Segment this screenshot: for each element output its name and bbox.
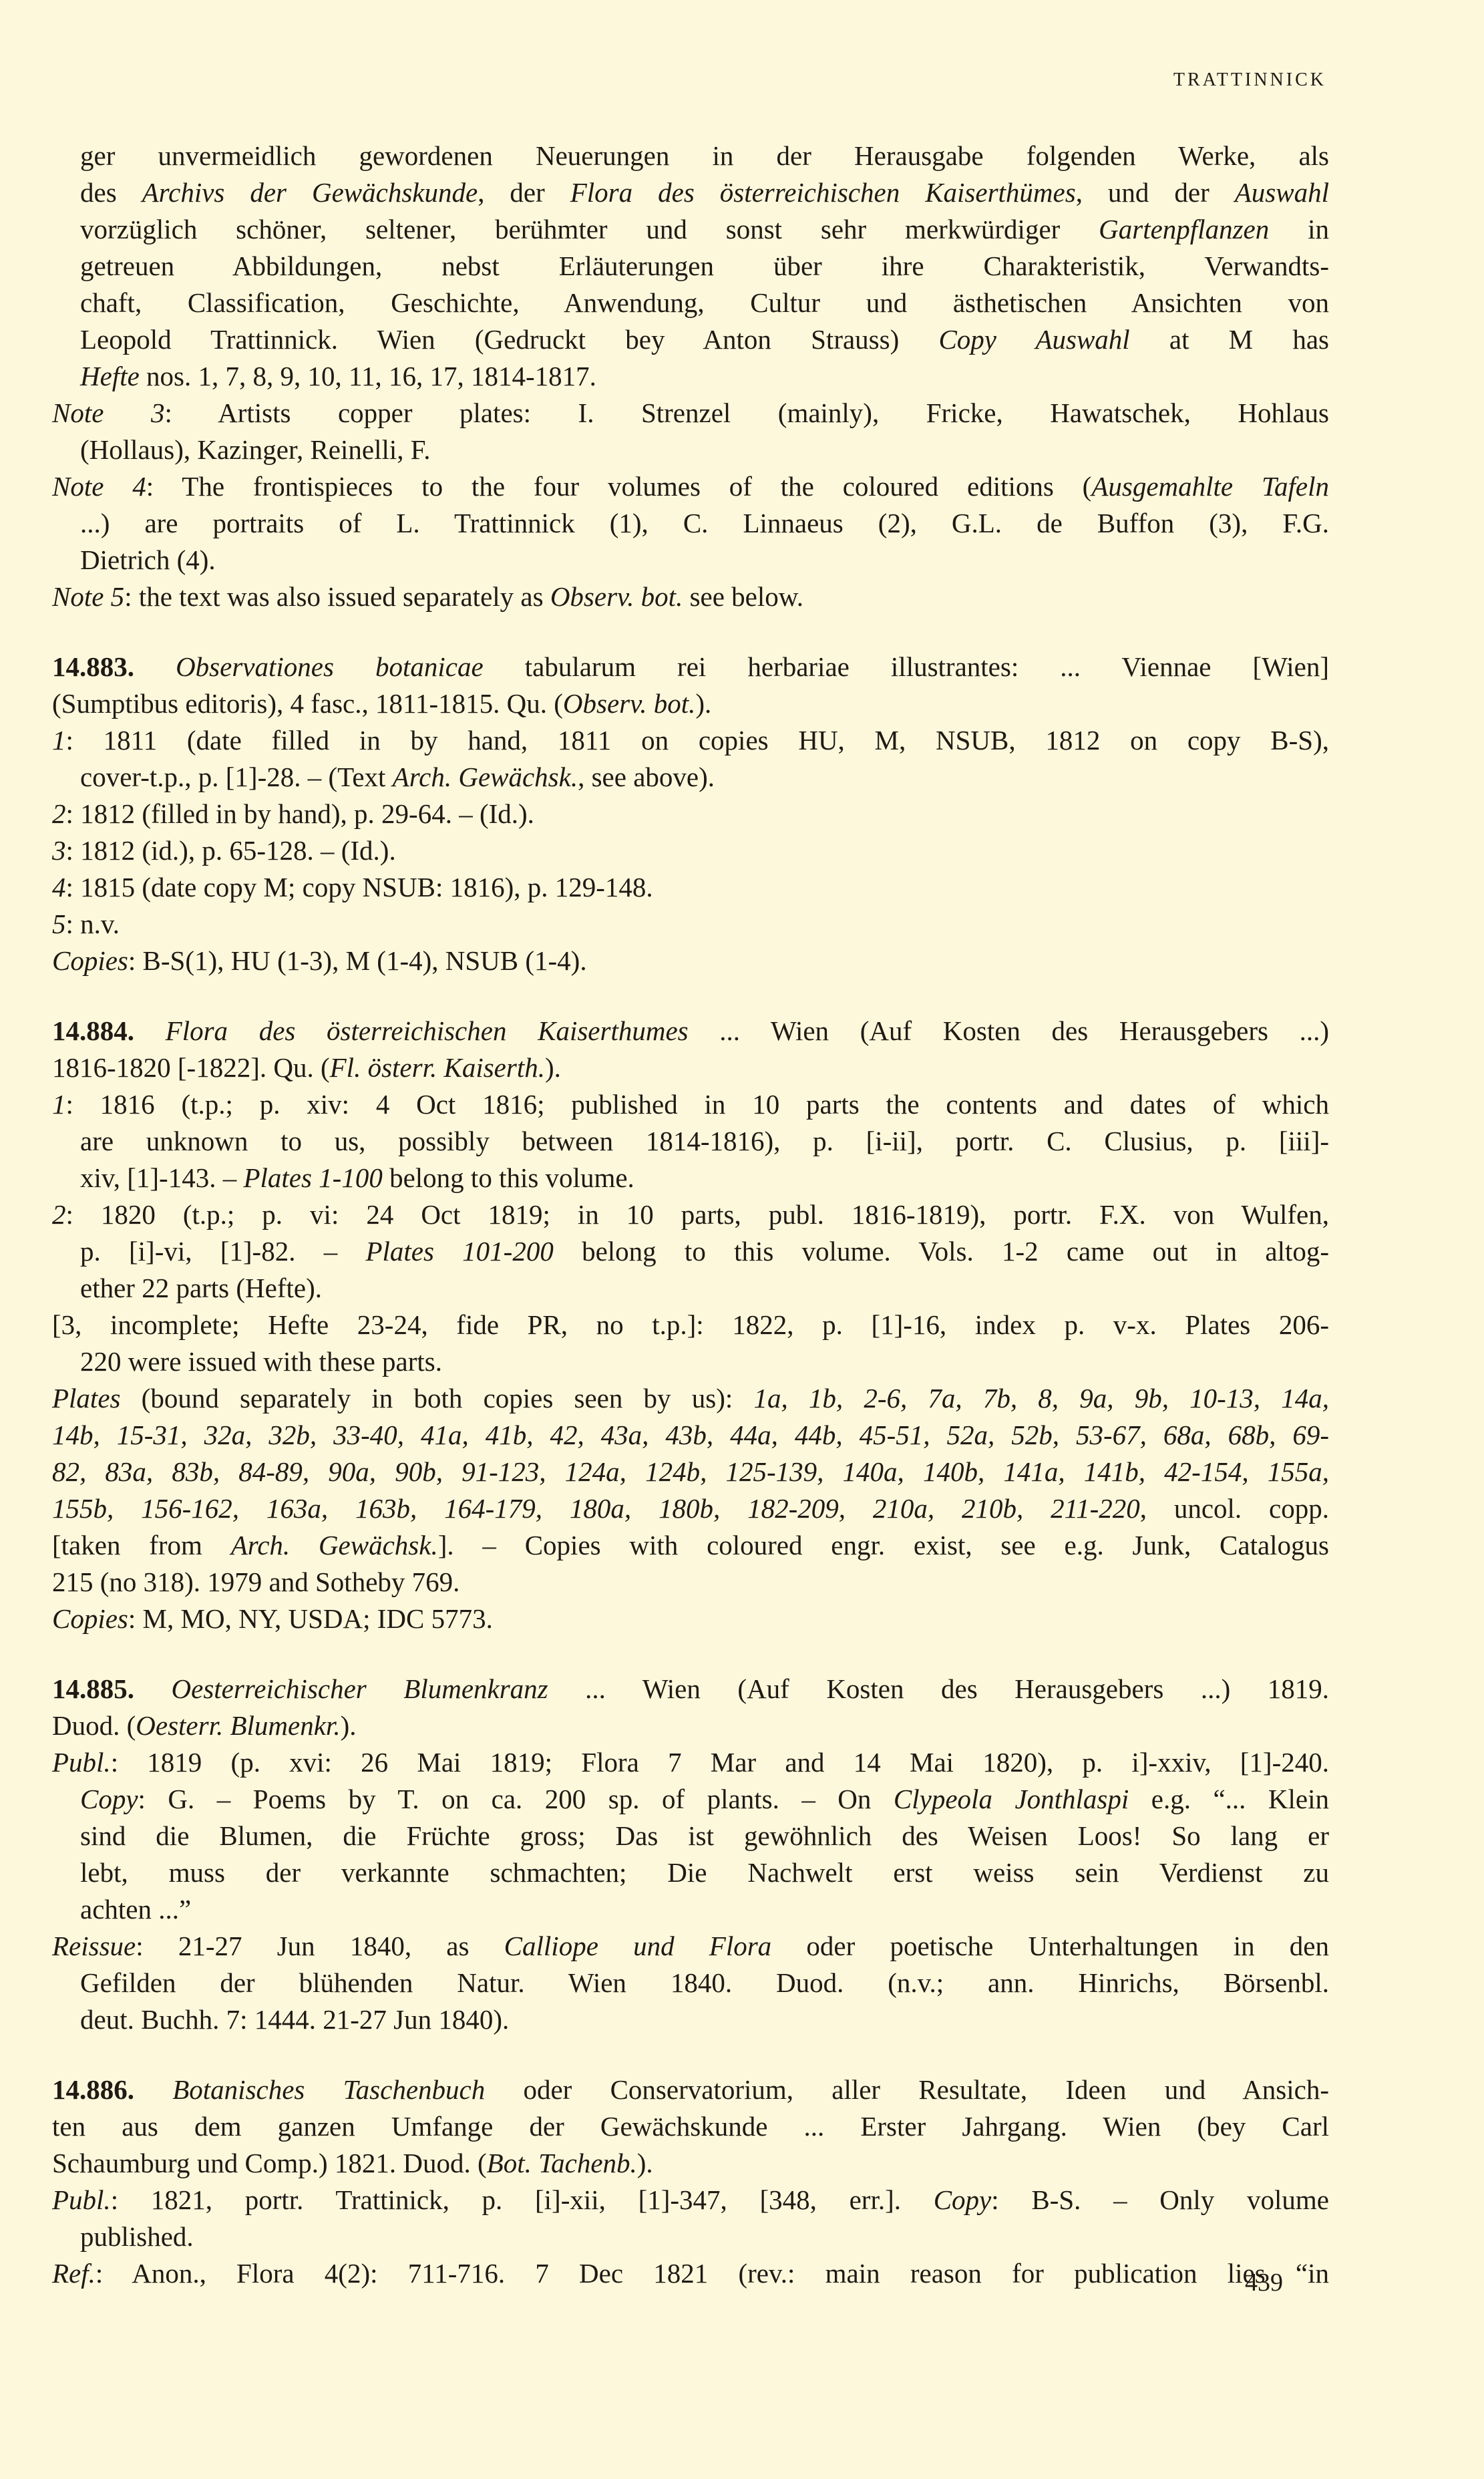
text-line: p. [i]-vi, [1]-82. – Plates 101-200 belo… (80, 1233, 1329, 1270)
text-line: published. (80, 2218, 1329, 2255)
italic-term: Calliope und Flora (504, 1931, 772, 1961)
line-text: [3, incomplete; Hefte 23-24, fide PR, no… (52, 1309, 1329, 1340)
line-text: 4: 1815 (date copy M; copy NSUB: 1816), … (52, 872, 653, 902)
italic-term: Copies (52, 1603, 128, 1634)
text-line: vorzüglich schöner, seltener, berühmter … (80, 211, 1329, 248)
italic-term: Copy Auswahl (938, 324, 1129, 355)
italic-term: Publ. (52, 2184, 111, 2215)
line-text: ger unvermeidlich gewordenen Neuerungen … (80, 140, 1329, 171)
entry-heading-line: 14.884. Flora des österreichischen Kaise… (52, 1013, 1329, 1049)
text-line: Hefte nos. 1, 7, 8, 9, 10, 11, 16, 17, 1… (80, 358, 1329, 395)
line-text: 14b, 15-31, 32a, 32b, 33-40, 41a, 41b, 4… (52, 1420, 1329, 1450)
line-text: Publ.: 1819 (p. xvi: 26 Mai 1819; Flora … (52, 1747, 1329, 1778)
text-line: ger unvermeidlich gewordenen Neuerungen … (80, 138, 1329, 174)
text-line: 1: 1816 (t.p.; p. xiv: 4 Oct 1816; publi… (52, 1086, 1329, 1123)
line-text: getreuen Abbildungen, nebst Erläuterunge… (80, 251, 1329, 281)
entry-heading-line: 14.885. Oesterreichischer Blumenkranz ..… (52, 1671, 1329, 1707)
page-number: 439 (1245, 2268, 1283, 2297)
line-text: Duod. (Oesterr. Blumenkr.). (52, 1710, 357, 1741)
text-line: ten aus dem ganzen Umfange der Gewächsku… (52, 2108, 1329, 2145)
italic-term: Flora des österreichischen Kaiserthümes (570, 177, 1076, 208)
italic-term: 14b, 15-31, 32a, 32b, 33-40, 41a, 41b, 4… (52, 1420, 1329, 1450)
line-text: achten ...” (80, 1894, 191, 1925)
text-line: 2: 1820 (t.p.; p. vi: 24 Oct 1819; in 10… (52, 1196, 1329, 1233)
line-text: p. [i]-vi, [1]-82. – Plates 101-200 belo… (80, 1236, 1329, 1267)
note-label: Note 3 (52, 397, 164, 428)
italic-term: Botanisches Taschenbuch (172, 2074, 485, 2105)
note-line: Note 5: the text was also issued separat… (52, 579, 1329, 615)
italic-term: Copy (80, 1784, 138, 1814)
text-line: achten ...” (80, 1891, 1329, 1928)
entry-number: 14.884. (52, 1015, 166, 1046)
line-text: Dietrich (4). (80, 544, 216, 575)
line-text: chaft, Classification, Geschichte, Anwen… (80, 287, 1329, 318)
text-line: 2: 1812 (filled in by hand), p. 29-64. –… (52, 796, 1329, 832)
italic-term: 1 (52, 1089, 66, 1120)
text-line: 14b, 15-31, 32a, 32b, 33-40, 41a, 41b, 4… (52, 1417, 1329, 1454)
line-text: are unknown to us, possibly between 1814… (80, 1126, 1329, 1156)
italic-term: 3 (52, 835, 66, 866)
line-text: 220 were issued with these parts. (80, 1346, 442, 1377)
line-text: The frontispieces to the four volumes of… (182, 471, 1329, 502)
line-text: 82, 83a, 83b, 84-89, 90a, 90b, 91-123, 1… (52, 1456, 1329, 1487)
text-line: Ref.: Anon., Flora 4(2): 711-716. 7 Dec … (52, 2255, 1329, 2292)
italic-term: Observ. bot. (550, 581, 683, 612)
line-text: Copy: G. – Poems by T. on ca. 200 sp. of… (80, 1784, 1329, 1814)
text-line: [3, incomplete; Hefte 23-24, fide PR, no… (52, 1307, 1329, 1343)
italic-term: Plates 101-200 (365, 1236, 553, 1267)
text-line: 1816-1820 [-1822]. Qu. (Fl. österr. Kais… (52, 1049, 1329, 1086)
line-text: 2: 1820 (t.p.; p. vi: 24 Oct 1819; in 10… (52, 1199, 1329, 1230)
text-line: Dietrich (4). (80, 542, 1329, 579)
line-text: 215 (no 318). 1979 and Sotheby 769. (52, 1566, 459, 1597)
text-line: Duod. (Oesterr. Blumenkr.). (52, 1707, 1329, 1744)
text-line: lebt, muss der verkannte schmachten; Die… (80, 1854, 1329, 1891)
italic-term: Oesterreichischer Blumenkranz (172, 1673, 548, 1704)
text-line: (Hollaus), Kazinger, Reinelli, F. (80, 432, 1329, 468)
italic-term: Auswahl (1235, 177, 1329, 208)
line-text: Hefte nos. 1, 7, 8, 9, 10, 11, 16, 17, 1… (80, 361, 596, 391)
italic-term: Publ. (52, 1747, 111, 1778)
italic-term: Copies (52, 945, 128, 976)
italic-term: Arch. Gewächsk. (393, 762, 578, 792)
italic-term: Fl. österr. Kaiserth. (330, 1052, 545, 1083)
text-line: 220 were issued with these parts. (80, 1343, 1329, 1380)
text-line: cover-t.p., p. [1]-28. – (Text Arch. Gew… (80, 759, 1329, 796)
italic-term: 2 (52, 798, 66, 829)
italic-term: Flora des österreichischen Kaiserthumes (166, 1015, 689, 1046)
italic-term: 155b, 156-162, 163a, 163b, 164-179, 180a… (52, 1493, 1140, 1524)
italic-term: Arch. Gewächsk. (231, 1530, 438, 1560)
text-line: [taken from Arch. Gewächsk.]. – Copies w… (52, 1527, 1329, 1564)
text-line: Reissue: 21-27 Jun 1840, as Calliope und… (52, 1928, 1329, 1965)
line-text: Gefilden der blühenden Natur. Wien 1840.… (80, 1967, 1329, 1998)
note-label: Note 4 (52, 471, 146, 502)
line-text: Schaumburg und Comp.) 1821. Duod. (Bot. … (52, 2148, 653, 2178)
text-line: Schaumburg und Comp.) 1821. Duod. (Bot. … (52, 2145, 1329, 2182)
line-text: vorzüglich schöner, seltener, berühmter … (80, 214, 1329, 244)
text-line: 155b, 156-162, 163a, 163b, 164-179, 180a… (52, 1490, 1329, 1527)
line-text: 2: 1812 (filled in by hand), p. 29-64. –… (52, 798, 534, 829)
text-line: chaft, Classification, Geschichte, Anwen… (80, 285, 1329, 321)
italic-term: Clypeola Jonthlaspi (894, 1784, 1129, 1814)
italic-term: 5 (52, 908, 66, 939)
italic-term: Observationes botanicae (176, 651, 484, 682)
text-line: Publ.: 1821, portr. Trattinick, p. [i]-x… (52, 2182, 1329, 2218)
italic-term: Reissue (52, 1931, 136, 1961)
line-text: Observationes botanicae tabularum rei he… (176, 651, 1329, 682)
text-line: 5: n.v. (52, 906, 1329, 943)
italic-term: 1 (52, 725, 66, 756)
line-text: cover-t.p., p. [1]-28. – (Text Arch. Gew… (80, 762, 715, 792)
italic-term: Oesterr. Blumenkr. (136, 1710, 340, 1741)
entry-number: 14.885. (52, 1673, 172, 1704)
line-text: published. (80, 2221, 194, 2252)
text-line: getreuen Abbildungen, nebst Erläuterunge… (80, 248, 1329, 285)
italic-term: Hefte (80, 361, 140, 391)
note-line: Note 4: The frontispieces to the four vo… (52, 468, 1329, 505)
text-line: des Archivs der Gewächskunde, der Flora … (80, 174, 1329, 211)
line-text: 1816-1820 [-1822]. Qu. (Fl. österr. Kais… (52, 1052, 561, 1083)
italic-term: Archivs der Gewächskunde (142, 177, 478, 208)
italic-term: Observ. bot. (563, 688, 696, 719)
text-line: xiv, [1]-143. – Plates 1-100 belong to t… (80, 1160, 1329, 1196)
line-text: ...) are portraits of L. Trattinnick (1)… (80, 508, 1329, 538)
line-text: ether 22 parts (Hefte). (80, 1273, 322, 1303)
text-line: deut. Buchh. 7: 1444. 21-27 Jun 1840). (80, 2001, 1329, 2038)
text-line: Copies: M, MO, NY, USDA; IDC 5773. (52, 1601, 1329, 1637)
line-text: [taken from Arch. Gewächsk.]. – Copies w… (52, 1530, 1329, 1560)
text-line: are unknown to us, possibly between 1814… (80, 1123, 1329, 1160)
italic-term: 82, 83a, 83b, 84-89, 90a, 90b, 91-123, 1… (52, 1456, 1329, 1487)
line-text: Leopold Trattinnick. Wien (Gedruckt bey … (80, 324, 1329, 355)
line-text: Reissue: 21-27 Jun 1840, as Calliope und… (52, 1931, 1329, 1961)
line-text: des Archivs der Gewächskunde, der Flora … (80, 177, 1329, 208)
line-text: 1: 1816 (t.p.; p. xiv: 4 Oct 1816; publi… (52, 1089, 1329, 1120)
text-line: 4: 1815 (date copy M; copy NSUB: 1816), … (52, 869, 1329, 906)
text-line: Copy: G. – Poems by T. on ca. 200 sp. of… (80, 1781, 1329, 1818)
text-line: sind die Blumen, die Früchte gross; Das … (80, 1818, 1329, 1854)
text-line: Plates (bound separately in both copies … (52, 1380, 1329, 1417)
text-line: 215 (no 318). 1979 and Sotheby 769. (52, 1564, 1329, 1601)
text-line: 3: 1812 (id.), p. 65-128. – (Id.). (52, 832, 1329, 869)
italic-term: Ref. (52, 2258, 96, 2289)
line-text: lebt, muss der verkannte schmachten; Die… (80, 1857, 1329, 1888)
line-text: 5: n.v. (52, 908, 120, 939)
text-line: Publ.: 1819 (p. xvi: 26 Mai 1819; Flora … (52, 1744, 1329, 1781)
text-line: 82, 83a, 83b, 84-89, 90a, 90b, 91-123, 1… (52, 1454, 1329, 1490)
line-text: Artists copper plates: I. Strenzel (main… (218, 397, 1329, 428)
note-label: Note 5 (52, 581, 124, 612)
line-text: Copies: M, MO, NY, USDA; IDC 5773. (52, 1603, 493, 1634)
note-line: Note 3: Artists copper plates: I. Strenz… (52, 395, 1329, 432)
italic-term: Plates 1-100 (243, 1162, 382, 1193)
line-text: Oesterreichischer Blumenkranz ... Wien (… (172, 1673, 1329, 1704)
text-line: Leopold Trattinnick. Wien (Gedruckt bey … (80, 321, 1329, 358)
line-text: Botanisches Taschenbuch oder Conservator… (172, 2074, 1329, 2105)
line-text: sind die Blumen, die Früchte gross; Das … (80, 1820, 1329, 1851)
italic-term: 4 (52, 872, 66, 902)
entry-number: 14.883. (52, 651, 176, 682)
entry-heading-line: 14.886. Botanisches Taschenbuch oder Con… (52, 2072, 1329, 2108)
line-text: Plates (bound separately in both copies … (52, 1383, 1329, 1414)
line-text: Publ.: 1821, portr. Trattinick, p. [i]-x… (52, 2184, 1329, 2215)
text-line: (Sumptibus editoris), 4 fasc., 1811-1815… (52, 685, 1329, 722)
entry-number: 14.886. (52, 2074, 172, 2105)
line-text: Flora des österreichischen Kaiserthumes … (166, 1015, 1329, 1046)
italic-term: Gartenpflanzen (1099, 214, 1269, 244)
line-text: deut. Buchh. 7: 1444. 21-27 Jun 1840). (80, 2004, 509, 2035)
line-text: (Sumptibus editoris), 4 fasc., 1811-1815… (52, 688, 711, 719)
text-line: Copies: B-S(1), HU (1-3), M (1-4), NSUB … (52, 943, 1329, 979)
italic-term: Ausgemahlte Tafeln (1091, 471, 1329, 502)
text-line: 1: 1811 (date filled in by hand, 1811 on… (52, 722, 1329, 759)
line-text: the text was also issued separately as O… (139, 581, 803, 612)
line-text: Copies: B-S(1), HU (1-3), M (1-4), NSUB … (52, 945, 587, 976)
italic-term: Plates (52, 1383, 120, 1414)
line-text: xiv, [1]-143. – Plates 1-100 belong to t… (80, 1162, 634, 1193)
book-page: TRATTINNICK ger unvermeidlich gewordenen… (0, 0, 1484, 2479)
text-line: ether 22 parts (Hefte). (80, 1270, 1329, 1307)
entry-heading-line: 14.883. Observationes botanicae tabularu… (52, 649, 1329, 685)
italic-term: 2 (52, 1199, 66, 1230)
line-text: (Hollaus), Kazinger, Reinelli, F. (80, 434, 431, 465)
text-line: Gefilden der blühenden Natur. Wien 1840.… (80, 1965, 1329, 2001)
line-text: ten aus dem ganzen Umfange der Gewächsku… (52, 2111, 1329, 2142)
line-text: 1: 1811 (date filled in by hand, 1811 on… (52, 725, 1329, 756)
running-head: TRATTINNICK (1173, 69, 1326, 91)
italic-term: Copy (934, 2184, 992, 2215)
text-line: ...) are portraits of L. Trattinnick (1)… (80, 505, 1329, 542)
italic-term: 1a, 1b, 2-6, 7a, 7b, 8, 9a, 9b, 10-13, 1… (753, 1383, 1329, 1414)
line-text: 155b, 156-162, 163a, 163b, 164-179, 180a… (52, 1493, 1329, 1524)
line-text: 3: 1812 (id.), p. 65-128. – (Id.). (52, 835, 396, 866)
line-text: Ref.: Anon., Flora 4(2): 711-716. 7 Dec … (52, 2258, 1329, 2289)
italic-term: Bot. Tachenb. (487, 2148, 637, 2178)
